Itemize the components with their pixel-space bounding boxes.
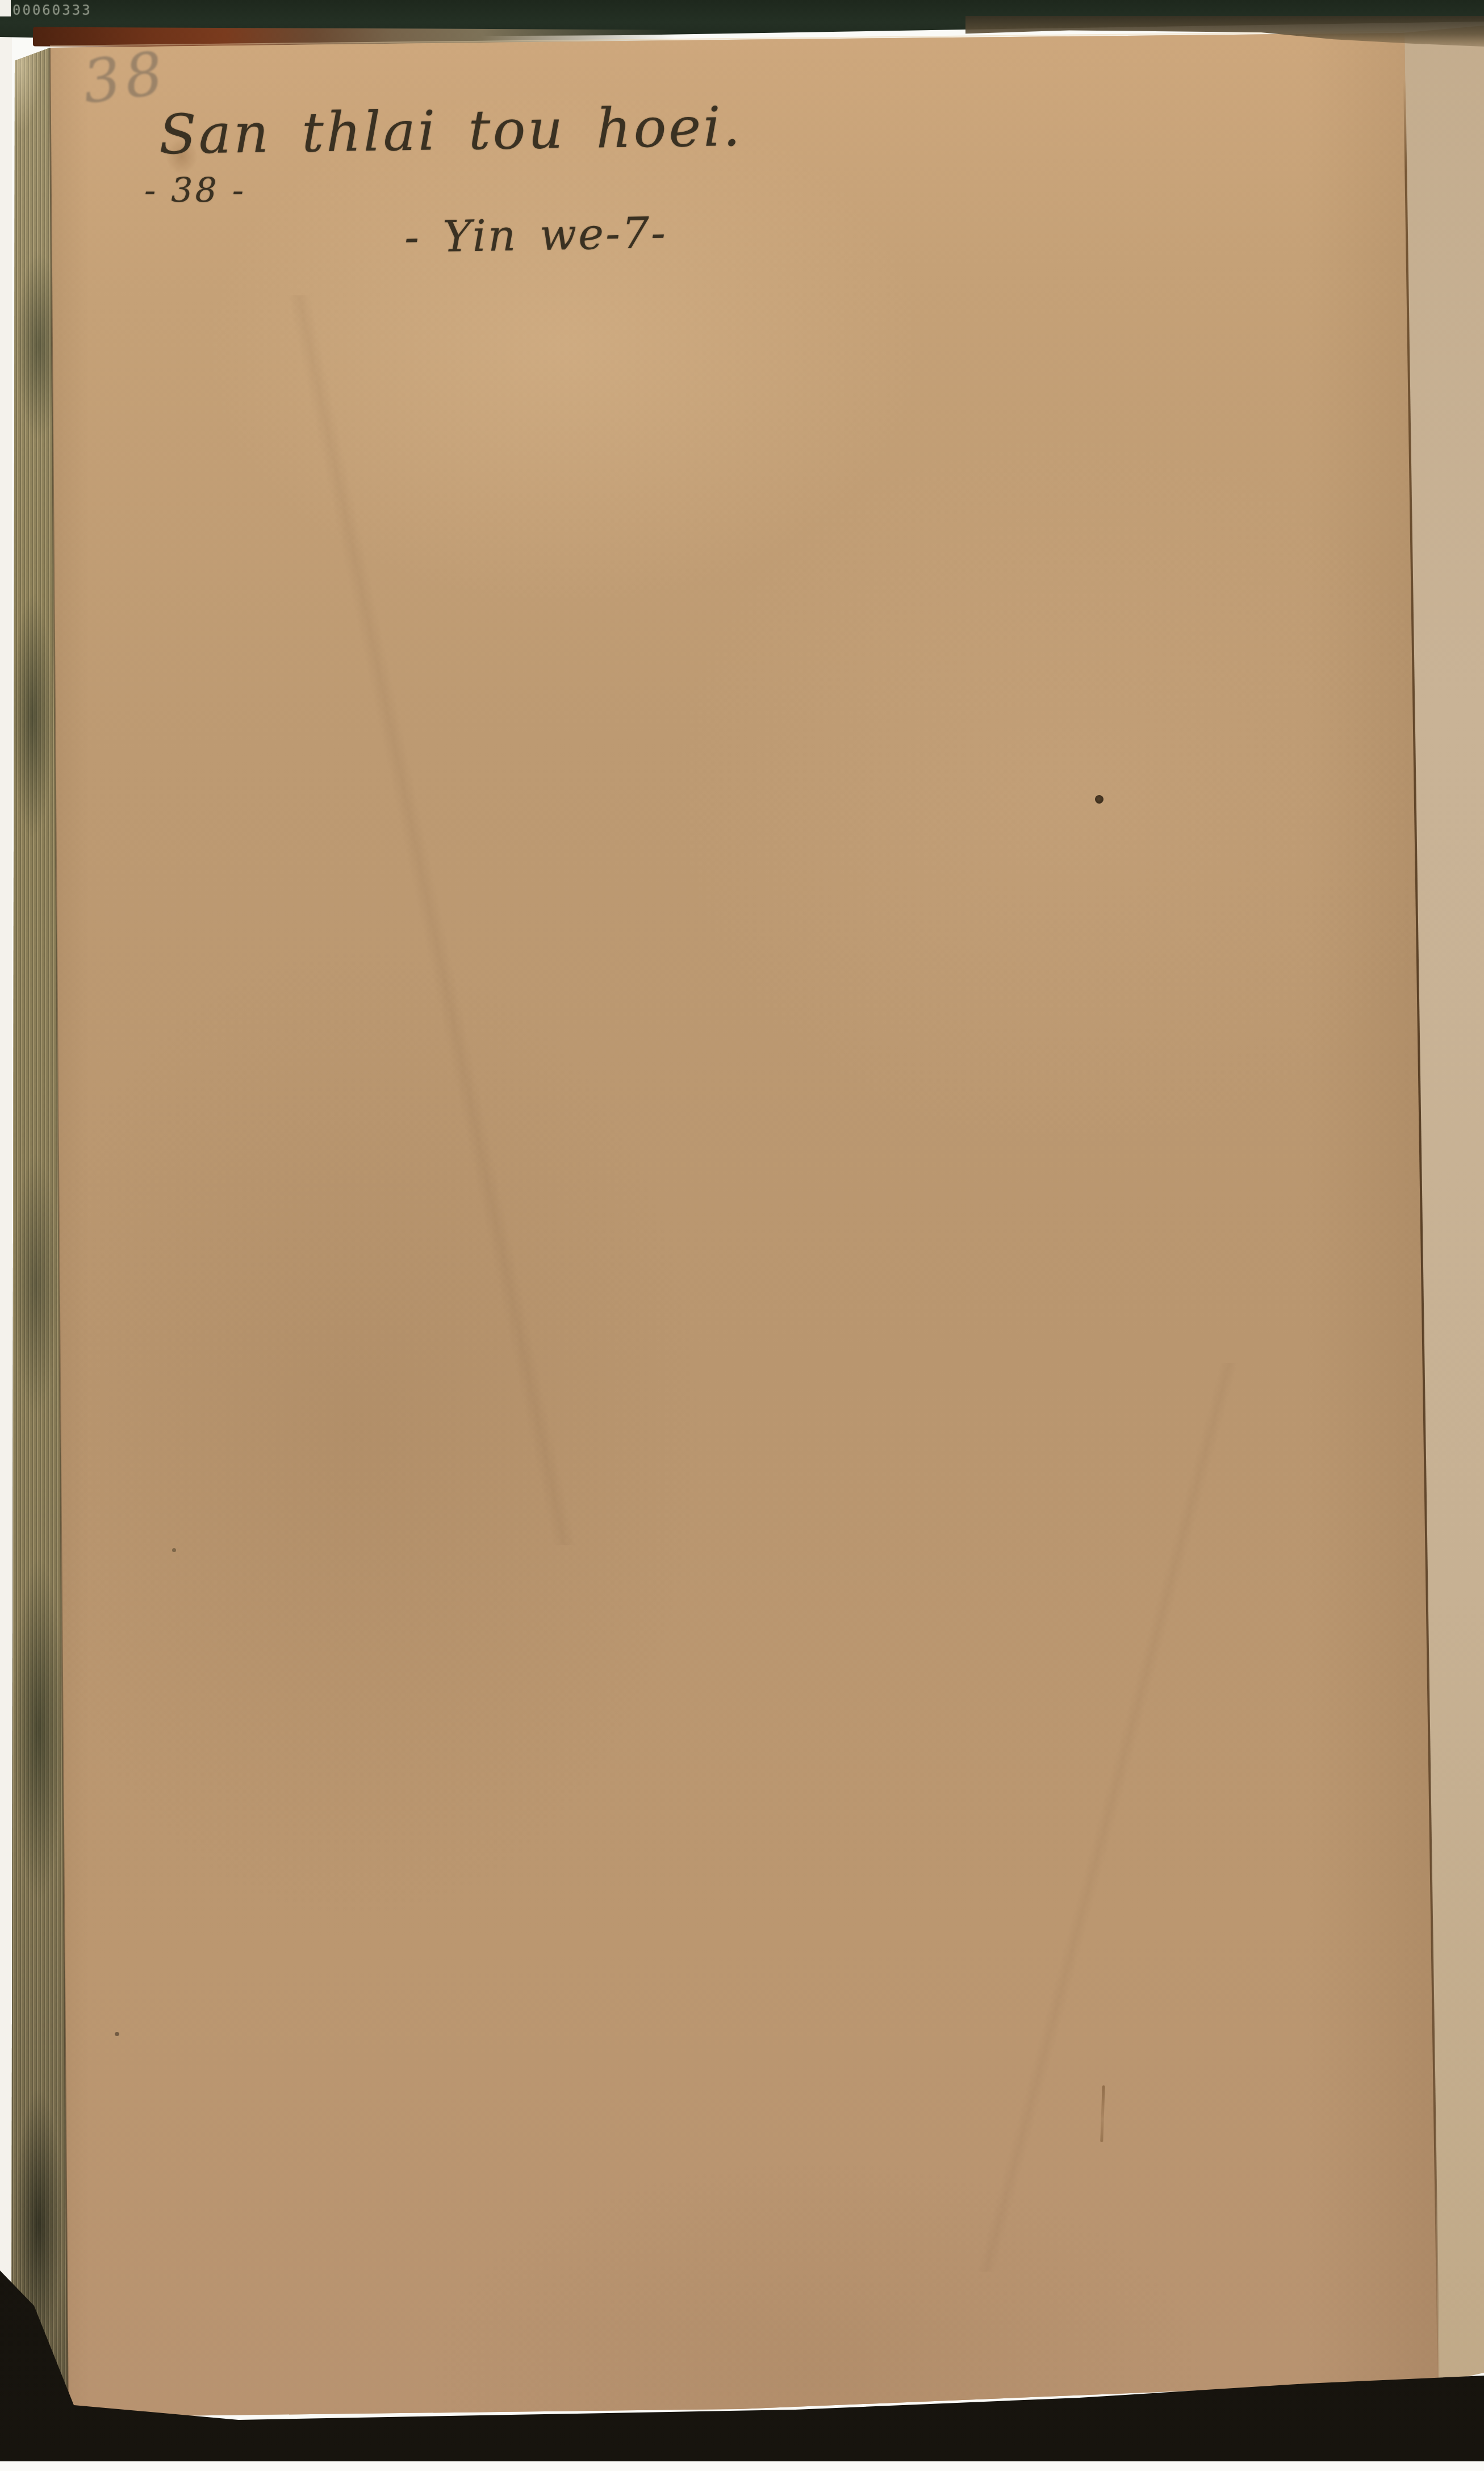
handwritten-section-heading: - Yin we-7-	[404, 211, 667, 259]
pencil-page-number: 38	[79, 38, 171, 117]
scanner-bed-corner	[0, 0, 11, 16]
scan-id-number: 00060333	[12, 2, 92, 18]
ink-dot	[1095, 795, 1103, 804]
handwritten-page-number: - 38 -	[144, 174, 246, 208]
paper-crease	[852, 1363, 1363, 2272]
book-scan-photo: 00060333 38 San thlai tou hoei. - 38 - -…	[0, 0, 1484, 2471]
main-page: 38 San thlai tou hoei. - 38 - - Yin we-7…	[0, 0, 1484, 2471]
paper-speck	[172, 1548, 176, 1552]
scanner-bed-strip	[0, 0, 12, 2461]
paper-speck	[115, 2032, 119, 2036]
handwritten-title: San thlai tou hoei.	[158, 99, 743, 162]
paper-crease	[148, 295, 716, 1545]
